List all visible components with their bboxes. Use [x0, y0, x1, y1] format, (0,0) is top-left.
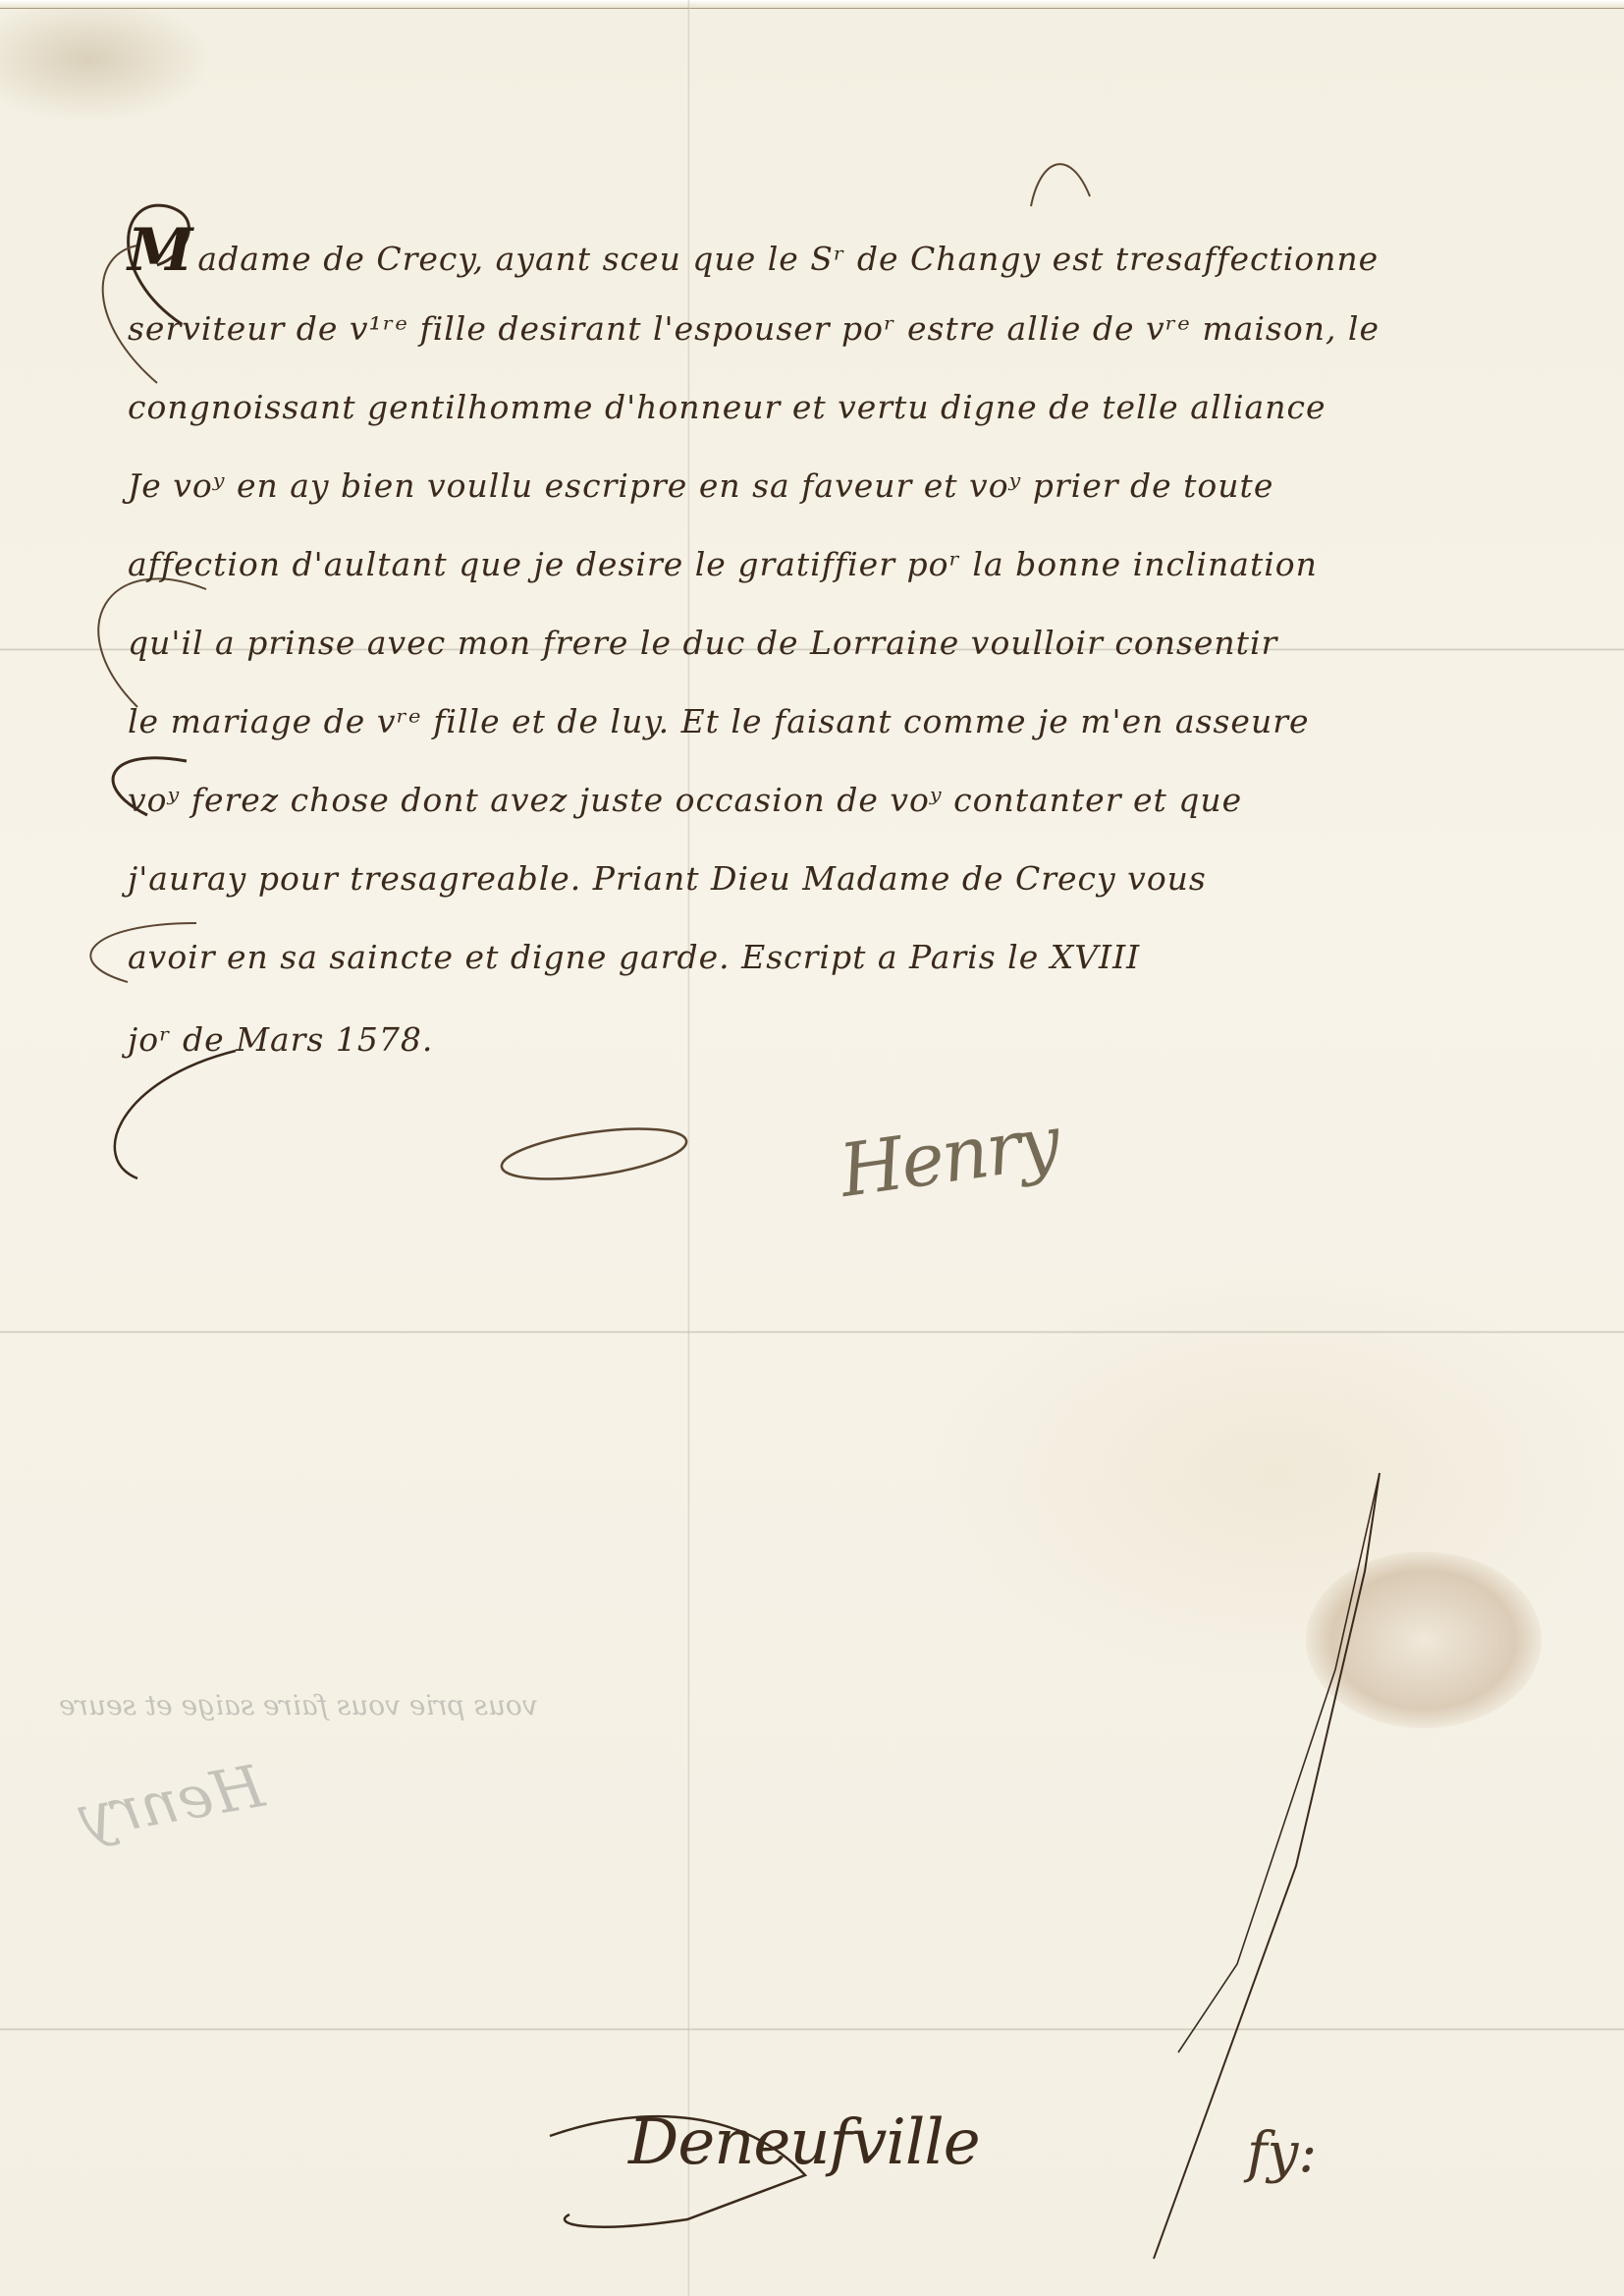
letter-body: Madame de Crecy, ayant sceu que le Sʳ de… [128, 211, 1591, 1079]
secretary-signature: Deneufville [628, 2106, 980, 2179]
letter-line: avoir en sa saincte et digne garde. Escr… [128, 918, 1591, 997]
letter-line: Madame de Crecy, ayant sceu que le Sʳ de… [128, 211, 1591, 290]
letter-line: affection d'aultant que je desire le gra… [128, 525, 1591, 604]
letter-line: le mariage de vʳᵉ fille et de luy. Et le… [128, 683, 1591, 761]
initial-capital: M [128, 216, 193, 285]
letter-line: Je voʸ en ay bien voullu escripre en sa … [128, 447, 1591, 525]
letter-line: j'auray pour tresagreable. Priant Dieu M… [128, 840, 1591, 918]
bleed-through-text: vous prie vous faire saige et seure [59, 1689, 538, 1722]
date-line: joʳ de Mars 1578. [128, 1001, 1591, 1079]
letter-line: congnoissant gentilhomme d'honneur et ve… [128, 368, 1591, 447]
letter-line: voʸ ferez chose dont avez juste occasion… [128, 761, 1591, 840]
manuscript-page: Madame de Crecy, ayant sceu que le Sʳ de… [0, 0, 1624, 2296]
letter-line: serviteur de v¹ʳᵉ fille desirant l'espou… [128, 290, 1591, 368]
secretary-paraph: fy: [1247, 2121, 1317, 2185]
letter-line: qu'il a prinse avec mon frere le duc de … [128, 604, 1591, 683]
